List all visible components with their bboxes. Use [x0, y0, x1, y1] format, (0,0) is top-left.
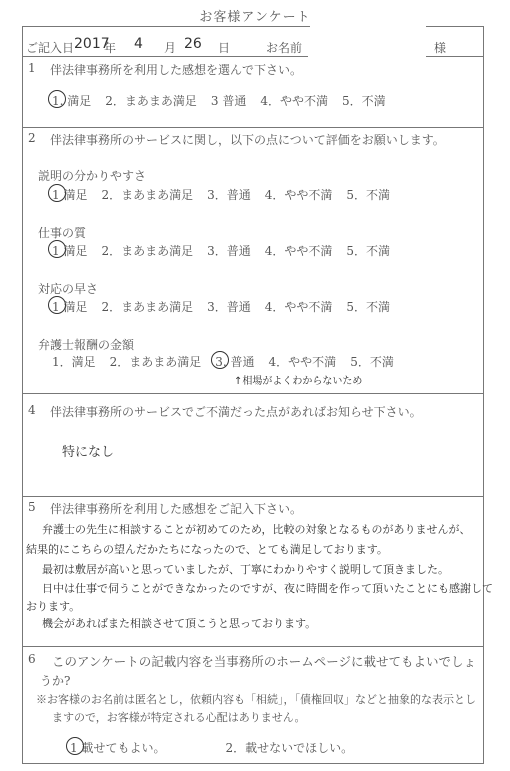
clarity-option-5[interactable]: 5．不満: [346, 186, 390, 203]
quality-option-4[interactable]: 4．やや不満: [265, 242, 333, 259]
month-unit: 月: [164, 39, 176, 56]
quality-option-2[interactable]: 2．まあまあ満足: [101, 242, 193, 259]
q4-number: 4: [28, 403, 36, 417]
honorific-label: 様: [434, 39, 446, 56]
q6-option-publish-ok[interactable]: 1 載せてもよい。: [70, 739, 165, 756]
date-month[interactable]: 4: [134, 36, 143, 52]
fee-handwritten-note: ↑相場がよくわからないため: [234, 372, 362, 387]
section-divider-3: [22, 496, 483, 497]
section-divider-1: [22, 127, 483, 128]
q4-question: 伴法律事務所のサービスでご不満だった点があればお知らせ下さい。: [50, 403, 422, 420]
q6-note-line-1: ※お客様のお名前は匿名とし，依頼内容も「相続」，「債権回収」などと抽象的な表示と…: [36, 691, 476, 707]
q6-note-line-2: ますので，お客様が特定される心配はありません。: [52, 709, 305, 725]
q2-fee-options: 1．満足 2．まあまあ満足 3. 普通 4．やや不満 5．不満: [52, 353, 408, 370]
speed-option-2[interactable]: 2．まあまあ満足: [101, 298, 193, 315]
q1-option-3[interactable]: 3 普通: [211, 92, 246, 109]
q4-answer[interactable]: 特になし: [62, 441, 114, 460]
q1-number: 1: [28, 61, 36, 75]
q1-options: 1. 満足 2．まあまあ満足 3 普通 4．やや不満 5．不満: [52, 92, 400, 109]
fee-option-2[interactable]: 2．まあまあ満足: [110, 353, 202, 370]
q5-answer-line-3: 最初は敷居が高いと思っていましたが、丁寧にわかりやすく説明して頂きました。: [42, 561, 449, 577]
q5-number: 5: [28, 500, 36, 514]
q6-options: 1 載せてもよい。 2．載せないでほしい。: [70, 739, 367, 756]
quality-option-1[interactable]: 1 満足: [52, 242, 87, 259]
q5-question: 伴法律事務所を利用した感想をご記入下さい。: [50, 500, 302, 517]
section-divider-2: [22, 393, 483, 394]
q1-option-4[interactable]: 4．やや不満: [260, 92, 328, 109]
q2-item-label-speed: 対応の早さ: [38, 280, 98, 297]
quality-option-3[interactable]: 3．普通: [207, 242, 251, 259]
q2-speed-options: 1 満足 2．まあまあ満足 3．普通 4．やや不満 5．不満: [52, 298, 404, 315]
fee-option-5[interactable]: 5．不満: [350, 353, 394, 370]
q2-quality-options: 1 満足 2．まあまあ満足 3．普通 4．やや不満 5．不満: [52, 242, 404, 259]
fee-option-3[interactable]: 3. 普通: [215, 353, 254, 370]
document-title: お客様アンケート: [0, 6, 510, 25]
section-divider-4: [22, 646, 483, 647]
q1-question: 伴法律事務所を利用した感想を選んで下さい。: [50, 61, 302, 78]
q2-item-label-fee: 弁護士報酬の金額: [38, 336, 134, 353]
name-box-underline: [426, 56, 483, 57]
date-label: ご記入日: [26, 39, 74, 56]
q1-option-5[interactable]: 5．不満: [342, 92, 386, 109]
q6-number: 6: [28, 652, 36, 666]
quality-option-5[interactable]: 5．不満: [346, 242, 390, 259]
q2-number: 2: [28, 131, 36, 145]
name-label: お名前: [266, 39, 302, 56]
q2-item-label-quality: 仕事の質: [38, 224, 86, 241]
q6-question-line-2: うか?: [40, 672, 70, 689]
q2-question: 伴法律事務所のサービスに関し，以下の点について評価をお願いします。: [50, 131, 445, 148]
q2-clarity-options: 1 満足 2．まあまあ満足 3．普通 4．やや不満 5．不満: [52, 186, 404, 203]
q5-answer-line-4: 日中は仕事で伺うことができなかったのですが、夜に時間を作って頂いたことにも感謝し…: [42, 580, 493, 596]
date-day[interactable]: 26: [184, 36, 202, 52]
clarity-option-1[interactable]: 1 満足: [52, 186, 87, 203]
speed-option-3[interactable]: 3．普通: [207, 298, 251, 315]
q5-answer-line-6: 機会があればまた相談させて頂こうと思っております。: [42, 615, 316, 631]
clarity-option-4[interactable]: 4．やや不満: [265, 186, 333, 203]
q2-item-label-clarity: 説明の分かりやすさ: [38, 167, 146, 184]
name-field[interactable]: [310, 39, 420, 53]
header-underline: [22, 56, 308, 57]
fee-option-4[interactable]: 4．やや不満: [269, 353, 337, 370]
clarity-option-2[interactable]: 2．まあまあ満足: [101, 186, 193, 203]
speed-option-5[interactable]: 5．不満: [346, 298, 390, 315]
q6-option-publish-no[interactable]: 2．載せないでほしい。: [225, 739, 353, 756]
q1-option-1[interactable]: 1. 満足: [52, 92, 91, 109]
q5-answer-line-1: 弁護士の先生に相談することが初めてのため，比較の対象となるものがありませんが、: [42, 521, 471, 537]
day-unit: 日: [218, 39, 230, 56]
q5-answer-line-5: おります。: [26, 598, 80, 614]
q6-question-line-1: このアンケートの記載内容を当事務所のホームページに載せてもよいでしょ: [52, 652, 476, 670]
clarity-option-3[interactable]: 3．普通: [207, 186, 251, 203]
fee-option-1[interactable]: 1．満足: [52, 353, 96, 370]
speed-option-1[interactable]: 1 満足: [52, 298, 87, 315]
speed-option-4[interactable]: 4．やや不満: [265, 298, 333, 315]
q5-answer-line-2: 結果的にこちらの望んだかたちになったので、とても満足しております。: [26, 541, 388, 557]
q1-option-2[interactable]: 2．まあまあ満足: [105, 92, 197, 109]
year-unit: 年: [104, 39, 116, 56]
